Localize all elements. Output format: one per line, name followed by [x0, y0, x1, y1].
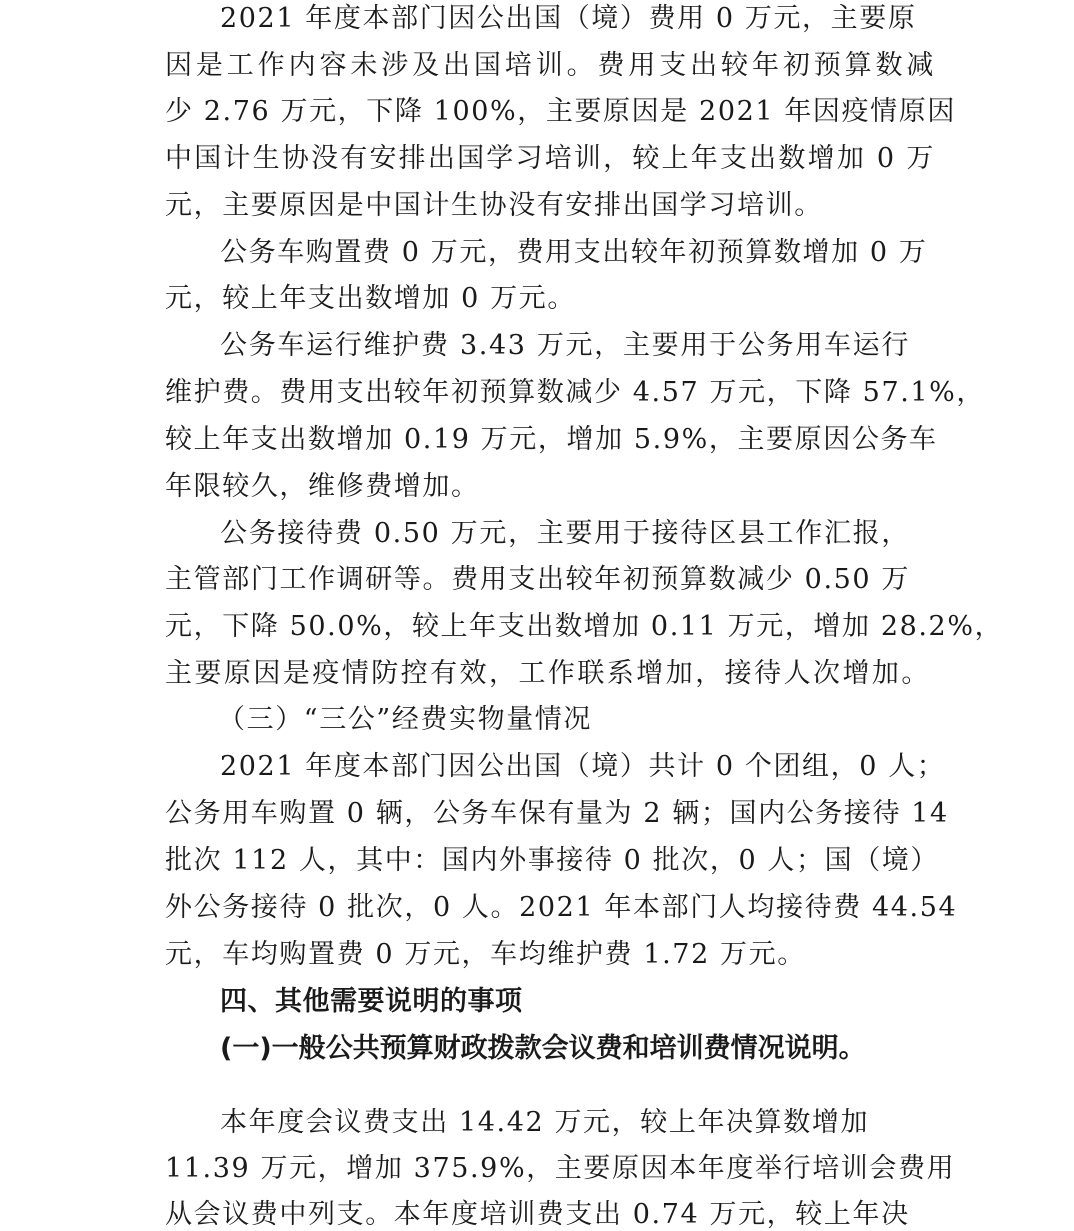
paragraph-line: 2021 年度本部门因公出国（境）共计 0 个团组，0 人；: [220, 750, 910, 784]
paragraph-line: 批次 112 人，其中：国内外事接待 0 批次，0 人；国（境）: [165, 844, 910, 878]
paragraph-line: 公务用车购置 0 辆，公务车保有量为 2 辆；国内公务接待 14: [165, 797, 913, 831]
paragraph-line: 11.39 万元，增加 375.9%，主要原因本年度举行培训会费用: [165, 1152, 910, 1186]
paragraph-line: 较上年支出数增加 0.19 万元，增加 5.9%，主要原因公务车: [165, 423, 910, 457]
paragraph-line: 从会议费中列支。本年度培训费支出 0.74 万元，较上年决: [165, 1198, 890, 1231]
paragraph-line: 元，较上年支出数增加 0 万元。: [165, 282, 935, 316]
section-heading: （三）“三公”经费实物量情况: [218, 703, 988, 737]
paragraph-line: 维护费。费用支出较年初预算数减少 4.57 万元，下降 57.1%，: [165, 376, 927, 410]
paragraph-line: 本年度会议费支出 14.42 万元，较上年决算数增加: [220, 1106, 990, 1140]
paragraph-line: 2021 年度本部门因公出国（境）费用 0 万元，主要原: [220, 2, 910, 36]
paragraph-line: 主要原因是疫情防控有效，工作联系增加，接待人次增加。: [165, 657, 930, 691]
document-page: 2021 年度本部门因公出国（境）费用 0 万元，主要原 因是工作内容未涉及出国…: [0, 0, 1074, 1231]
paragraph-line: 元，下降 50.0%，较上年支出数增加 0.11 万元，增加 28.2%，: [165, 610, 927, 644]
paragraph-line: 公务车运行维护费 3.43 万元，主要用于公务用车运行: [220, 329, 910, 363]
paragraph-line: 少 2.76 万元，下降 100%，主要原因是 2021 年因疫情原因: [165, 95, 935, 129]
paragraph-line: 中国计生协没有安排出国学习培训，较上年支出数增加 0 万: [165, 142, 935, 176]
paragraph-line: 元，车均购置费 0 万元，车均维护费 1.72 万元。: [165, 938, 935, 972]
paragraph-line: 公务车购置费 0 万元，费用支出较年初预算数增加 0 万: [220, 236, 910, 270]
paragraph-line: 外公务接待 0 批次，0 人。2021 年本部门人均接待费 44.54: [165, 891, 913, 925]
paragraph-line: 公务接待费 0.50 万元，主要用于接待区县工作汇报，: [220, 517, 910, 551]
paragraph-line: 因是工作内容未涉及出国培训。费用支出较年初预算数减: [165, 49, 935, 83]
paragraph-line: 主管部门工作调研等。费用支出较年初预算数减少 0.50 万: [165, 563, 910, 597]
paragraph-line: 年限较久，维修费增加。: [165, 470, 935, 504]
section-heading: 四、其他需要说明的事项: [220, 985, 990, 1019]
subsection-heading: (一)一般公共预算财政拨款会议费和培训费情况说明。: [220, 1032, 990, 1066]
paragraph-line: 元，主要原因是中国计生协没有安排出国学习培训。: [165, 189, 935, 223]
